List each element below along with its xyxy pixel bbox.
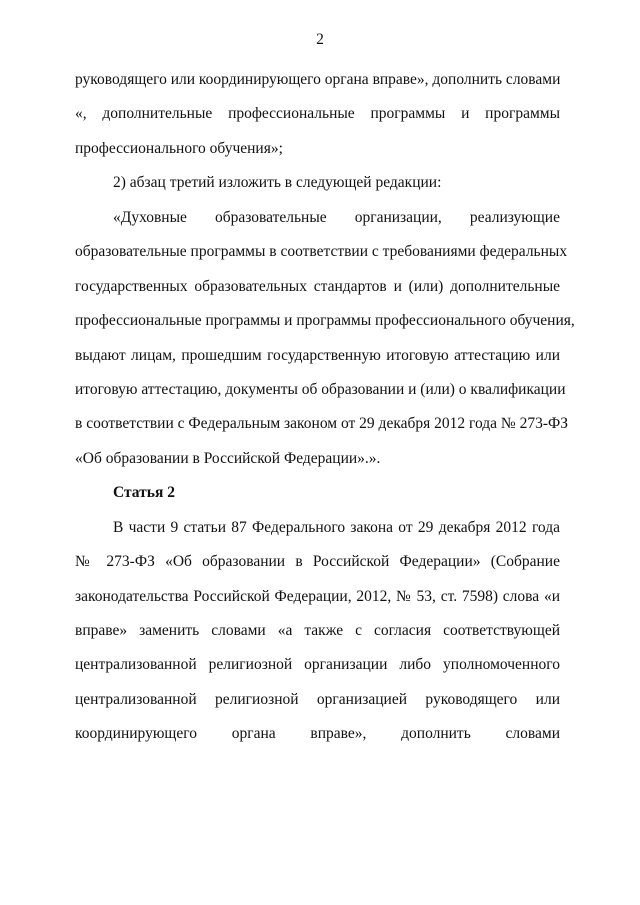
text-line: профессиональные программы и программы п… xyxy=(75,310,560,344)
text-line: № 273-ФЗ «Об образовании в Российской Фе… xyxy=(75,551,560,585)
text-line: централизованной религиозной организацие… xyxy=(75,689,560,723)
text-line: в соответствии с Федеральным законом от … xyxy=(75,413,560,447)
paragraph-quote: «Духовные образовательные организации, р… xyxy=(75,207,560,483)
text-line: «Духовные образовательные организации, р… xyxy=(75,207,560,241)
article-heading: Статья 2 xyxy=(75,482,560,516)
text-line: вправе» заменить словами «а также с согл… xyxy=(75,620,560,654)
text-line: централизованной религиозной организации… xyxy=(75,654,560,688)
text-line: 2) абзац третий изложить в следующей ред… xyxy=(75,172,560,206)
document-body: руководящего или координирующего органа … xyxy=(75,69,560,758)
text-line: В части 9 статьи 87 Федерального закона … xyxy=(75,517,560,551)
page-number: 2 xyxy=(0,31,640,49)
text-line: «Об образовании в Российской Федерации».… xyxy=(75,448,560,482)
text-line: выдают лицам, прошедшим государственную … xyxy=(75,345,560,379)
text-line: государственных образовательных стандарт… xyxy=(75,276,560,310)
heading-text: Статья 2 xyxy=(75,482,560,516)
paragraph-article-2-body: В части 9 статьи 87 Федерального закона … xyxy=(75,517,560,758)
text-line: «, дополнительные профессиональные прогр… xyxy=(75,103,560,137)
text-line: законодательства Российской Федерации, 2… xyxy=(75,586,560,620)
text-line: координирующего органа вправе», дополнит… xyxy=(75,723,560,757)
text-line: профессионального обучения»; xyxy=(75,138,560,172)
paragraph-continuation: руководящего или координирующего органа … xyxy=(75,69,560,172)
text-line: руководящего или координирующего органа … xyxy=(75,69,560,103)
text-line: итоговую аттестацию, документы об образо… xyxy=(75,379,560,413)
text-line: образовательные программы в соответствии… xyxy=(75,241,560,275)
paragraph-item-2: 2) абзац третий изложить в следующей ред… xyxy=(75,172,560,206)
